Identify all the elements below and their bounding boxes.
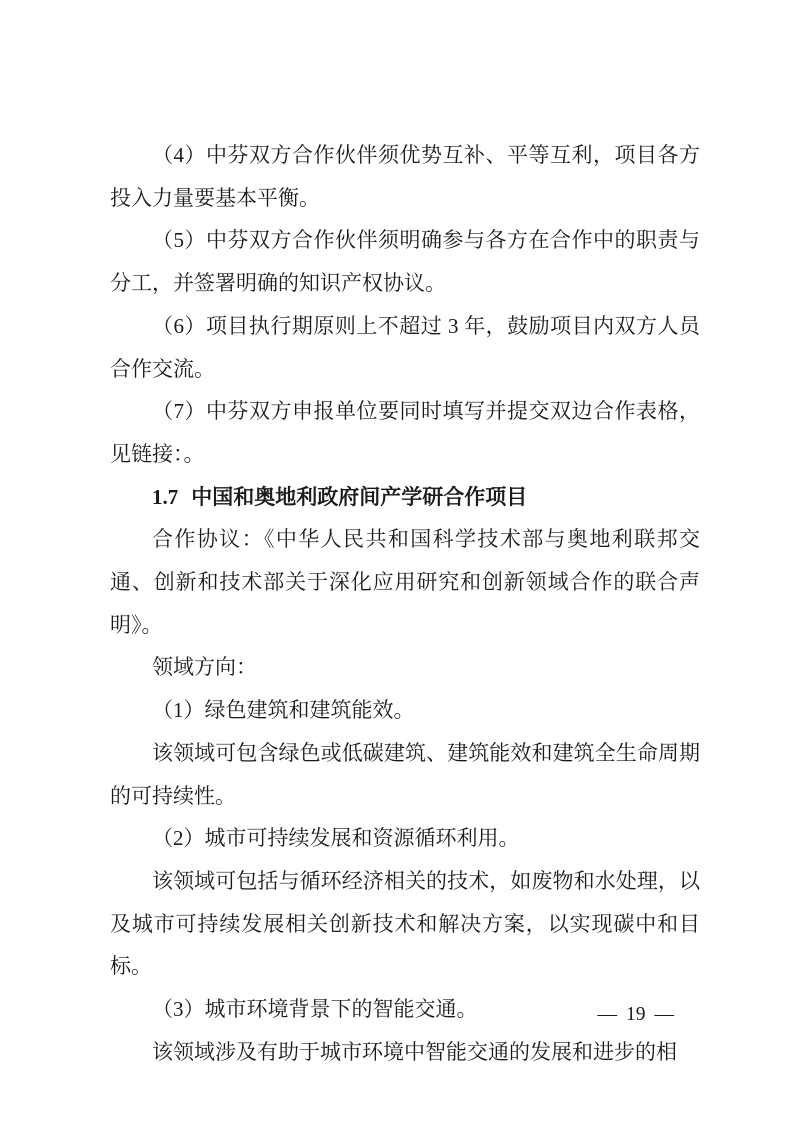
paragraph: 该领域可包含绿色或低碳建筑、建筑能效和建筑全生命周期的可持续性。 [110, 732, 700, 817]
paragraph: （4）中芬双方合作伙伴须优势互补、平等互利，项目各方投入力量要基本平衡。 [110, 134, 700, 219]
document-body: （4）中芬双方合作伙伴须优势互补、平等互利，项目各方投入力量要基本平衡。（5）中… [110, 134, 700, 1073]
paragraph: （2）城市可持续发展和资源循环利用。 [110, 817, 700, 860]
paragraph: 该领域可包括与循环经济相关的技术，如废物和水处理，以及城市可持续发展相关创新技术… [110, 860, 700, 988]
page-number-left-dash: — [598, 1003, 618, 1027]
document-page: （4）中芬双方合作伙伴须优势互补、平等互利，项目各方投入力量要基本平衡。（5）中… [0, 0, 794, 1123]
page-number-right-dash: — [655, 1003, 675, 1027]
heading-number: 1.7 [152, 485, 178, 509]
paragraph: 领域方向： [110, 646, 700, 689]
paragraph: （1）绿色建筑和建筑能效。 [110, 689, 700, 732]
paragraph: 合作协议：《中华人民共和国科学技术部与奥地利联邦交通、创新和技术部关于深化应用研… [110, 518, 700, 646]
paragraph: （5）中芬双方合作伙伴须明确参与各方在合作中的职责与分工，并签署明确的知识产权协… [110, 219, 700, 304]
paragraph: （6）项目执行期原则上不超过 3 年，鼓励项目内双方人员合作交流。 [110, 305, 700, 390]
page-number-footer: — 19 — [598, 1003, 675, 1027]
paragraph: （7）中芬双方申报单位要同时填写并提交双边合作表格，见链接：。 [110, 390, 700, 475]
page-number: 19 [626, 1003, 646, 1027]
section-heading: 1.7中国和奥地利政府间产学研合作项目 [110, 476, 700, 519]
paragraph: 该领域涉及有助于城市环境中智能交通的发展和进步的相 [110, 1031, 700, 1074]
heading-title: 中国和奥地利政府间产学研合作项目 [191, 485, 527, 509]
